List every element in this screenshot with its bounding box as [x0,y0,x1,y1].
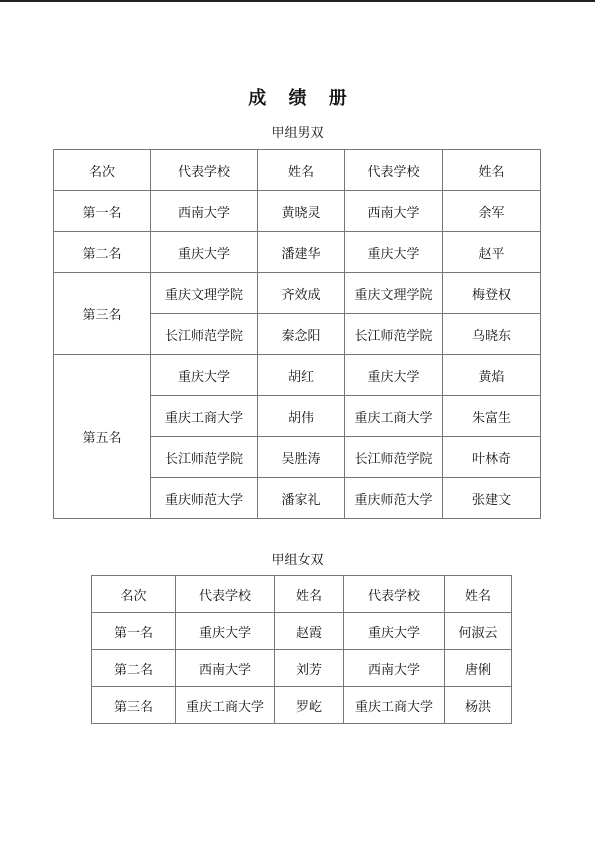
header-cell: 代表学校 [345,150,443,191]
header-cell: 代表学校 [344,576,445,613]
player-cell: 胡伟 [258,396,345,437]
player-cell: 胡红 [258,355,345,396]
school-cell: 重庆文理学院 [151,273,258,314]
school-cell: 重庆文理学院 [345,273,443,314]
school-cell: 重庆工商大学 [344,687,445,724]
player-cell: 齐效成 [258,273,345,314]
title-char: 绩 [289,84,307,110]
table-row: 第一名 西南大学 黄晓灵 西南大学 余军 [54,191,541,232]
player-cell: 罗屹 [275,687,344,724]
title-char: 册 [329,84,347,110]
header-cell: 姓名 [445,576,512,613]
table-row: 第三名 重庆工商大学 罗屹 重庆工商大学 杨洪 [92,687,512,724]
school-cell: 长江师范学院 [151,437,258,478]
player-cell: 张建文 [443,478,541,519]
player-cell: 乌晓东 [443,314,541,355]
school-cell: 重庆师范大学 [151,478,258,519]
player-cell: 黄晓灵 [258,191,345,232]
header-cell: 名次 [92,576,176,613]
women-doubles-table: 名次 代表学校 姓名 代表学校 姓名 第一名 重庆大学 赵霞 重庆大学 何淑云 … [91,575,512,724]
table-header-row: 名次 代表学校 姓名 代表学校 姓名 [54,150,541,191]
school-cell: 重庆工商大学 [345,396,443,437]
school-cell: 西南大学 [344,650,445,687]
player-cell: 何淑云 [445,613,512,650]
player-cell: 叶林奇 [443,437,541,478]
player-cell: 潘家礼 [258,478,345,519]
school-cell: 重庆工商大学 [151,396,258,437]
rank-cell: 第三名 [92,687,176,724]
rank-cell: 第一名 [92,613,176,650]
header-cell: 代表学校 [176,576,275,613]
page-top-border [0,0,595,2]
table-header-row: 名次 代表学校 姓名 代表学校 姓名 [92,576,512,613]
school-cell: 重庆大学 [151,355,258,396]
school-cell: 重庆大学 [345,355,443,396]
player-cell: 唐俐 [445,650,512,687]
rank-cell: 第五名 [54,355,151,519]
school-cell: 长江师范学院 [345,437,443,478]
player-cell: 赵霞 [275,613,344,650]
title-char: 成 [248,84,266,110]
header-cell: 姓名 [258,150,345,191]
table-row: 第五名 重庆大学 胡红 重庆大学 黄焰 [54,355,541,396]
player-cell: 黄焰 [443,355,541,396]
school-cell: 长江师范学院 [345,314,443,355]
school-cell: 重庆工商大学 [176,687,275,724]
school-cell: 重庆大学 [344,613,445,650]
player-cell: 赵平 [443,232,541,273]
school-cell: 重庆大学 [345,232,443,273]
player-cell: 梅登权 [443,273,541,314]
rank-cell: 第二名 [54,232,151,273]
men-doubles-caption: 甲组男双 [0,122,595,141]
rank-cell: 第二名 [92,650,176,687]
table-row: 第二名 重庆大学 潘建华 重庆大学 赵平 [54,232,541,273]
header-cell: 姓名 [443,150,541,191]
school-cell: 西南大学 [345,191,443,232]
school-cell: 西南大学 [176,650,275,687]
women-doubles-caption: 甲组女双 [0,549,595,568]
men-doubles-table: 名次 代表学校 姓名 代表学校 姓名 第一名 西南大学 黄晓灵 西南大学 余军 … [53,149,541,519]
player-cell: 余军 [443,191,541,232]
player-cell: 秦念阳 [258,314,345,355]
school-cell: 重庆大学 [176,613,275,650]
player-cell: 潘建华 [258,232,345,273]
table-row: 第三名 重庆文理学院 齐效成 重庆文理学院 梅登权 [54,273,541,314]
table-row: 第二名 西南大学 刘芳 西南大学 唐俐 [92,650,512,687]
school-cell: 重庆大学 [151,232,258,273]
player-cell: 朱富生 [443,396,541,437]
player-cell: 刘芳 [275,650,344,687]
school-cell: 重庆师范大学 [345,478,443,519]
table-row: 第一名 重庆大学 赵霞 重庆大学 何淑云 [92,613,512,650]
school-cell: 西南大学 [151,191,258,232]
header-cell: 名次 [54,150,151,191]
school-cell: 长江师范学院 [151,314,258,355]
rank-cell: 第一名 [54,191,151,232]
header-cell: 代表学校 [151,150,258,191]
rank-cell: 第三名 [54,273,151,355]
header-cell: 姓名 [275,576,344,613]
player-cell: 吴胜涛 [258,437,345,478]
page-title: 成 绩 册 [0,84,595,110]
player-cell: 杨洪 [445,687,512,724]
